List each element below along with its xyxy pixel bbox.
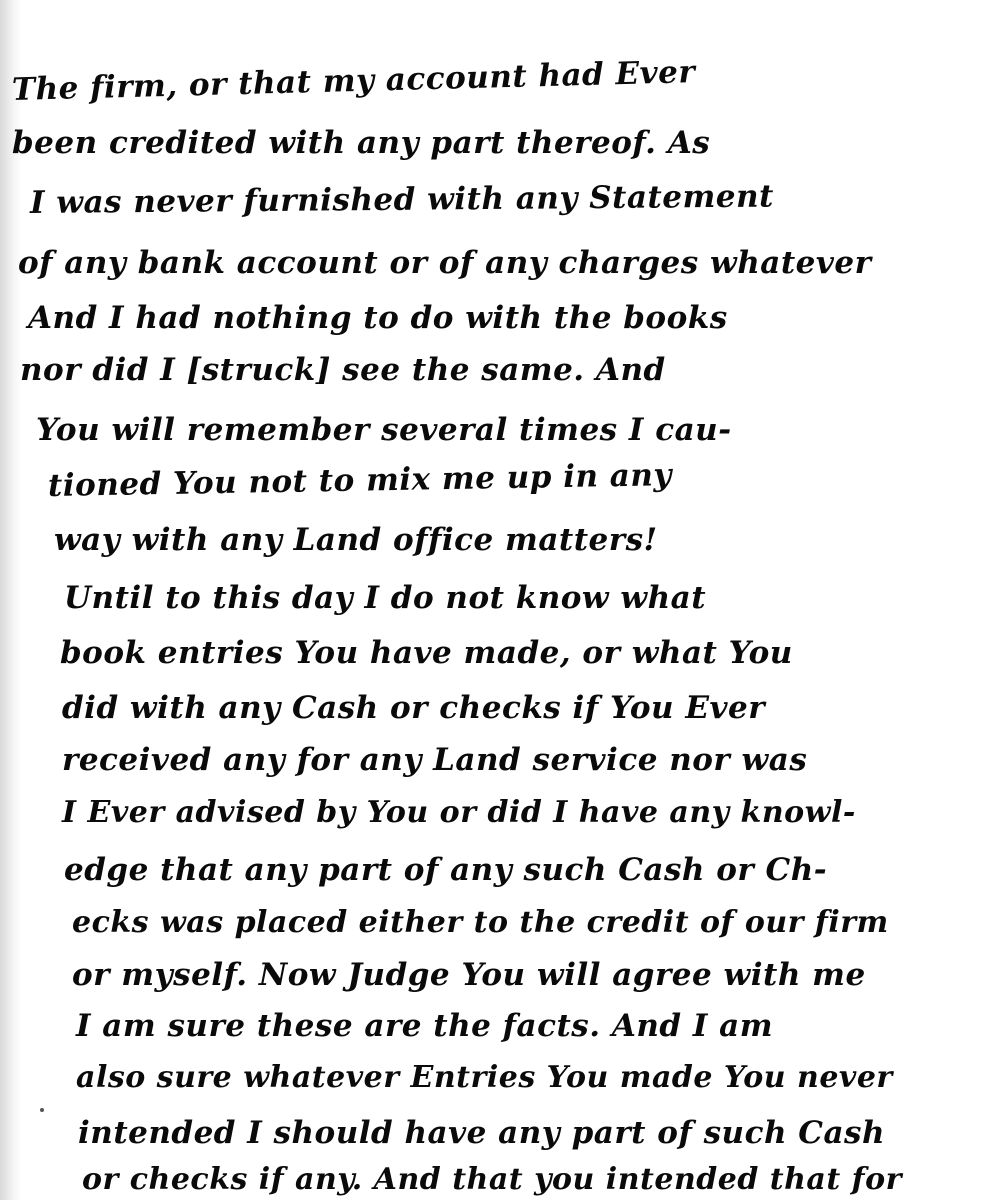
letter-line-10: Until to this day I do not know what: [64, 580, 706, 616]
letter-line-20: intended I should have any part of such …: [78, 1115, 885, 1151]
letter-line-15: edge that any part of any such Cash or C…: [64, 852, 827, 888]
handwritten-letter: The firm, or that my account had Ever be…: [0, 0, 1000, 1200]
letter-line-5: And I had nothing to do with the books: [28, 300, 728, 336]
letter-line-3: I was never furnished with any Statement: [30, 179, 774, 221]
letter-line-14: I Ever advised by You or did I have any …: [62, 795, 856, 830]
letter-line-9: way with any Land office matters!: [54, 522, 658, 558]
letter-line-17: or myself. Now Judge You will agree with…: [72, 957, 866, 993]
letter-line-8: tioned You not to mix me up in any: [48, 457, 673, 504]
ink-speck: [40, 1108, 44, 1112]
letter-line-16: ecks was placed either to the credit of …: [72, 905, 889, 940]
letter-line-12: did with any Cash or checks if You Ever: [62, 690, 765, 726]
letter-line-7: You will remember several times I cau-: [36, 412, 732, 448]
letter-line-1: The firm, or that my account had Ever: [12, 54, 696, 108]
letter-line-6: nor did I [struck] see the same. And: [20, 352, 666, 388]
letter-line-19: also sure whatever Entries You made You …: [76, 1060, 893, 1095]
letter-line-18: I am sure these are the facts. And I am: [76, 1008, 773, 1044]
letter-line-13: received any for any Land service nor wa…: [62, 742, 807, 778]
letter-line-6-text: nor did I [struck] see the same. And: [20, 352, 666, 388]
letter-line-4: of any bank account or of any charges wh…: [18, 245, 871, 281]
letter-line-11: book entries You have made, or what You: [60, 635, 793, 671]
letter-line-21: or checks if any. And that you intended …: [82, 1162, 902, 1197]
letter-line-2: been credited with any part thereof. As: [12, 125, 710, 161]
